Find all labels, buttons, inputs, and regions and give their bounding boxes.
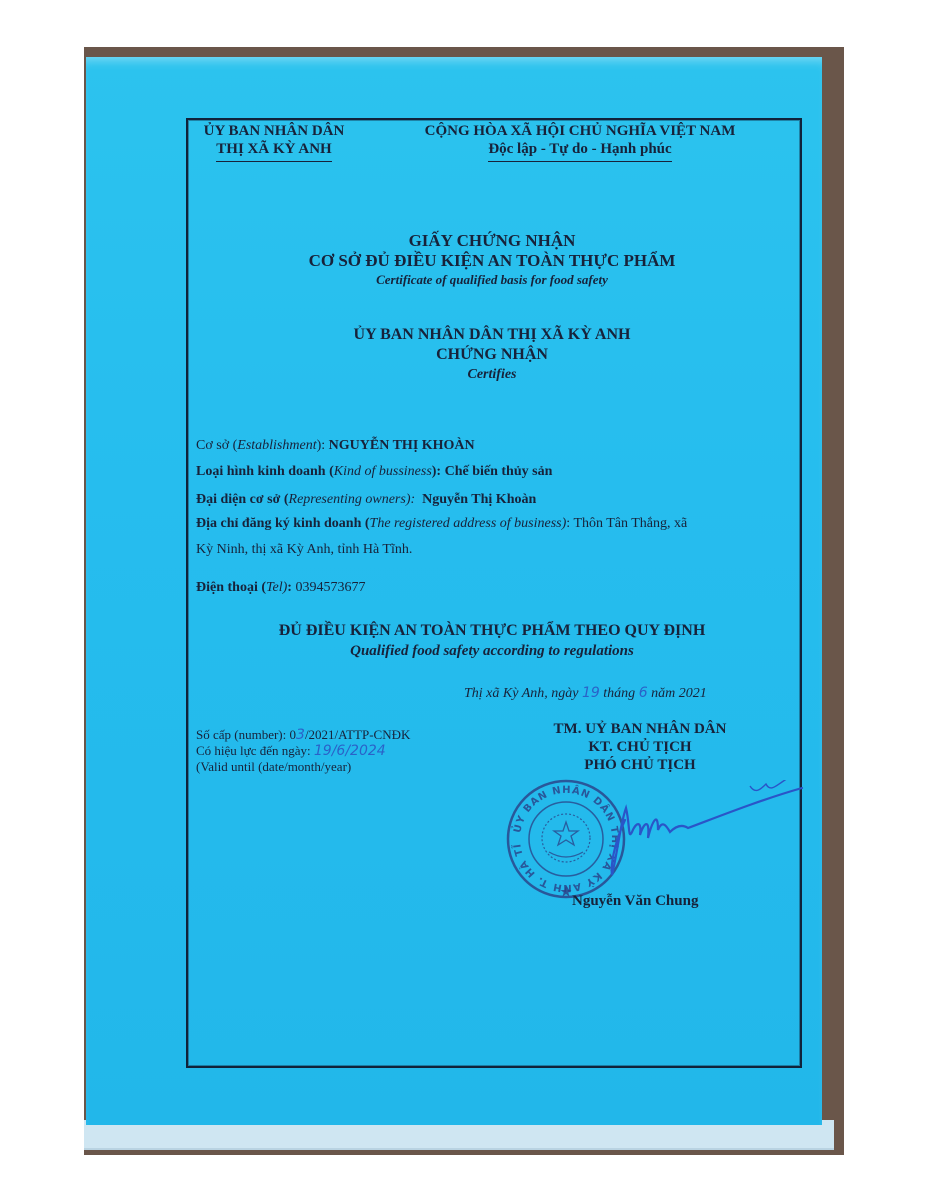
handwritten-number: 3 <box>296 727 305 743</box>
address-value-line1: Thôn Tân Thắng, xã <box>573 516 687 531</box>
place-and-date: Thị xã Kỳ Anh, ngày 19 tháng 6 năm 2021 <box>464 685 707 702</box>
representative-value: Nguyễn Thị Khoàn <box>422 492 536 507</box>
qualification-statement-english: Qualified food safety according to regul… <box>186 643 798 660</box>
certifies-heading: CHỨNG NHẬN <box>186 346 798 364</box>
address-value-line2: Kỳ Ninh, thị xã Kỳ Anh, tỉnh Hà Tĩnh. <box>196 542 412 558</box>
signer-name: Nguyễn Văn Chung <box>572 893 698 910</box>
field-establishment: Cơ sở (Establishment): NGUYỄN THỊ KHOÀN <box>196 438 475 454</box>
certifies-heading-english: Certifies <box>186 367 798 383</box>
valid-until: Có hiệu lực đến ngày: 19/6/2024 <box>196 743 410 759</box>
issue-info: Số cấp (number): 03/2021/ATTP-CNĐK Có hi… <box>196 727 410 775</box>
signatory-block: TM. UỶ BAN NHÂN DÂN KT. CHỦ TỊCH PHÓ CHỦ… <box>520 720 760 774</box>
national-title: CỘNG HÒA XÃ HỘI CHỦ NGHĨA VIỆT NAM <box>400 122 760 140</box>
field-phone: Điện thoại (Tel): 0394573677 <box>196 580 365 596</box>
handwritten-valid-date: 19/6/2024 <box>314 743 386 759</box>
business-type-value: Chế biến thủy sản <box>445 464 553 479</box>
document-title-english: Certificate of qualified basis for food … <box>186 272 798 288</box>
issue-number: Số cấp (number): 03/2021/ATTP-CNĐK <box>196 727 410 743</box>
field-address: Địa chỉ đăng ký kinh doanh (The register… <box>196 516 687 532</box>
field-business-type: Loại hình kinh doanh (Kind of bussiness)… <box>196 464 552 480</box>
valid-until-note: (Valid until (date/month/year) <box>196 759 410 775</box>
field-representative: Đại diện cơ sở (Representing owners): Ng… <box>196 492 536 508</box>
certifying-authority: ỦY BAN NHÂN DÂN THỊ XÃ KỲ ANH <box>186 326 798 344</box>
handwritten-signature <box>590 780 805 890</box>
issuer-header: ỦY BAN NHÂN DÂN THỊ XÃ KỲ ANH <box>194 122 354 162</box>
national-emblem-icon <box>542 814 590 862</box>
national-motto: Độc lập - Tự do - Hạnh phúc <box>488 140 671 162</box>
establishment-value: NGUYỄN THỊ KHOÀN <box>329 438 475 453</box>
signatory-line1: TM. UỶ BAN NHÂN DÂN <box>520 720 760 738</box>
document-title: GIẤY CHỨNG NHẬN <box>186 231 798 251</box>
signatory-line3: PHÓ CHỦ TỊCH <box>520 756 760 774</box>
handwritten-day: 19 <box>582 685 600 701</box>
national-header: CỘNG HÒA XÃ HỘI CHỦ NGHĨA VIỆT NAM Độc l… <box>400 122 760 162</box>
phone-value: 0394573677 <box>295 580 365 595</box>
issuer-line1: ỦY BAN NHÂN DÂN <box>194 122 354 140</box>
handwritten-month: 6 <box>639 685 648 701</box>
qualification-statement: ĐỦ ĐIỀU KIỆN AN TOÀN THỰC PHẨM THEO QUY … <box>186 622 798 640</box>
document-subtitle: CƠ SỞ ĐỦ ĐIỀU KIỆN AN TOÀN THỰC PHẨM <box>186 251 798 271</box>
signatory-line2: KT. CHỦ TỊCH <box>520 738 760 756</box>
issuer-line2: THỊ XÃ KỲ ANH <box>216 140 331 162</box>
